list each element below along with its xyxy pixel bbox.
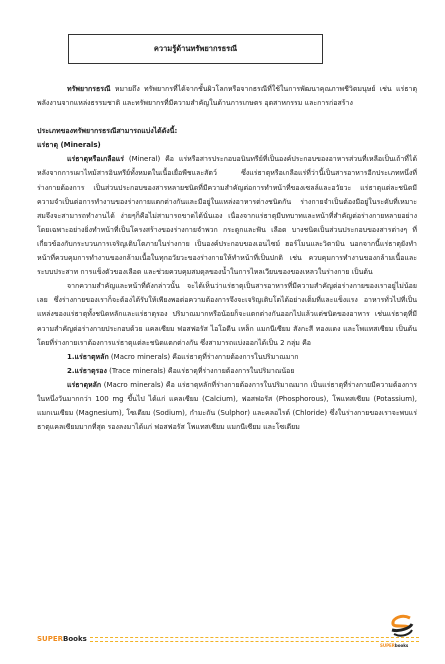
list-item-macro: 1.แร่ธาตุหลัก (Macro minerals) คือแร่ธาต… — [37, 350, 417, 364]
section-heading: ประเภทของทรัพยากรธรณีสามารถแบ่งได้ดังนี้… — [37, 124, 417, 138]
footer-divider — [90, 637, 419, 642]
importance-paragraph: จากความสำคัญและหน้าที่ดังกล่าวนั้น จะได้… — [37, 279, 417, 349]
subheading-minerals: แร่ธาตุ (Minerals) — [37, 138, 417, 152]
superbooks-logo: SUPERbooks — [380, 612, 424, 648]
document-title-box: ความรู้ด้านทรัพยากรธรณี — [68, 34, 323, 64]
minerals-text: (Mineral) คือ แร่หรือสารประกอบอนินทรีย์ท… — [37, 155, 417, 276]
document-body: ทรัพยากรธรณี หมายถึง ทรัพยากรที่ได้จากชั… — [37, 82, 417, 434]
intro-term: ทรัพยากรธรณี — [67, 85, 111, 93]
page-footer: SUPERBooks — [37, 632, 422, 646]
intro-paragraph: ทรัพยากรธรณี หมายถึง ทรัพยากรที่ได้จากชั… — [37, 82, 417, 110]
list-item-text: (Trace minerals) คือแร่ธาตุที่ร่างกายต้อ… — [107, 367, 295, 375]
macro-minerals-paragraph: แร่ธาตุหลัก (Macro minerals) คือ แร่ธาตุ… — [37, 378, 417, 434]
logo-text: SUPERbooks — [380, 643, 408, 648]
list-item-text: (Macro minerals) คือแร่ธาตุที่ร่างกายต้อ… — [109, 353, 299, 361]
list-item-trace: 2.แร่ธาตุรอง (Trace minerals) คือแร่ธาตุ… — [37, 364, 417, 378]
minerals-term: แร่ธาตุหรือเกลือแร่ — [67, 155, 124, 163]
document-title: ความรู้ด้านทรัพยากรธรณี — [154, 43, 237, 55]
footer-brand: SUPERBooks — [37, 635, 87, 643]
macro-term: แร่ธาตุหลัก — [67, 381, 101, 389]
list-item-term: 2.แร่ธาตุรอง — [67, 367, 107, 375]
swirl-logo-icon — [380, 612, 424, 642]
list-item-term: 1.แร่ธาตุหลัก — [67, 353, 109, 361]
minerals-paragraph: แร่ธาตุหรือเกลือแร่ (Mineral) คือ แร่หรื… — [37, 152, 417, 279]
